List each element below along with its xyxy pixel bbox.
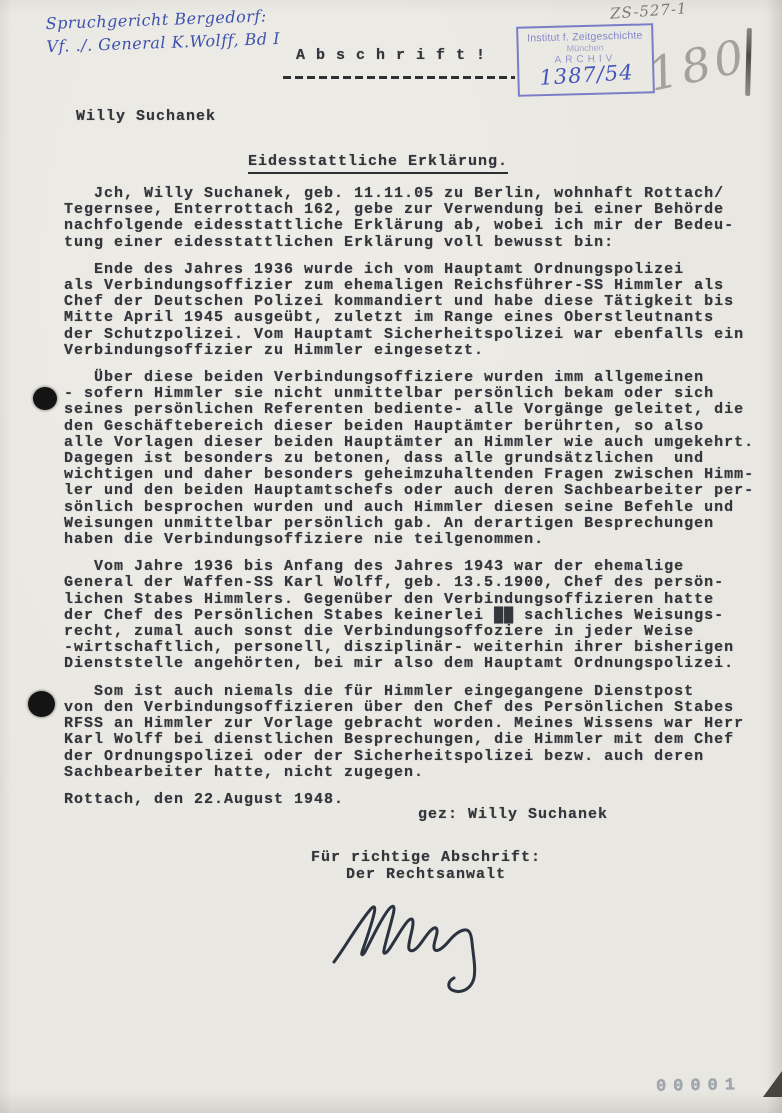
paragraph-dienstpost: Som ist auch niemals die für Himmler ein… (64, 684, 780, 781)
affidavit-body: Jch, Willy Suchanek, geb. 11.11.05 zu Be… (64, 186, 780, 819)
author-name: Willy Suchanek (76, 108, 216, 125)
title-underline-dashes (283, 76, 515, 79)
signature-stroke (334, 906, 475, 991)
certification-block: Für richtige Abschrift: Der Rechtsanwalt (308, 850, 544, 883)
pencil-archive-reference: ZS-527-1 (609, 0, 688, 23)
stamped-page-number: 00001 (656, 1076, 742, 1096)
handwritten-signature (328, 890, 540, 995)
paragraph-intro: Jch, Willy Suchanek, geb. 11.11.05 zu Be… (64, 186, 780, 251)
paragraph-service-1936: Ende des Jahres 1936 wurde ich vom Haupt… (64, 262, 780, 359)
document-page: Spruchgericht Bergedorf: Vf. ./. General… (0, 0, 782, 1113)
typed-signature: gez: Willy Suchanek (418, 806, 608, 823)
archive-stamp: Institut f. Zeitgeschichte München ARCHI… (516, 23, 655, 97)
pencil-vertical-stroke (745, 28, 752, 96)
pencil-page-number: 180 (643, 28, 752, 102)
handwritten-court-note: Spruchgericht Bergedorf: Vf. ./. General… (45, 4, 280, 58)
punch-hole-top (33, 387, 57, 410)
document-title: A b s c h r i f t ! (296, 47, 486, 64)
paragraph-liaison-officers: Über diese beiden Verbindungsoffiziere w… (64, 370, 780, 548)
affidavit-heading: Eidesstattliche Erklärung. (248, 153, 508, 174)
punch-hole-bottom (28, 691, 55, 717)
stamp-handwritten-number: 1387/54 (539, 60, 635, 90)
paragraph-karl-wolff: Vom Jahre 1936 bis Anfang des Jahres 194… (64, 559, 780, 672)
corner-scan-artifact (763, 1071, 782, 1097)
